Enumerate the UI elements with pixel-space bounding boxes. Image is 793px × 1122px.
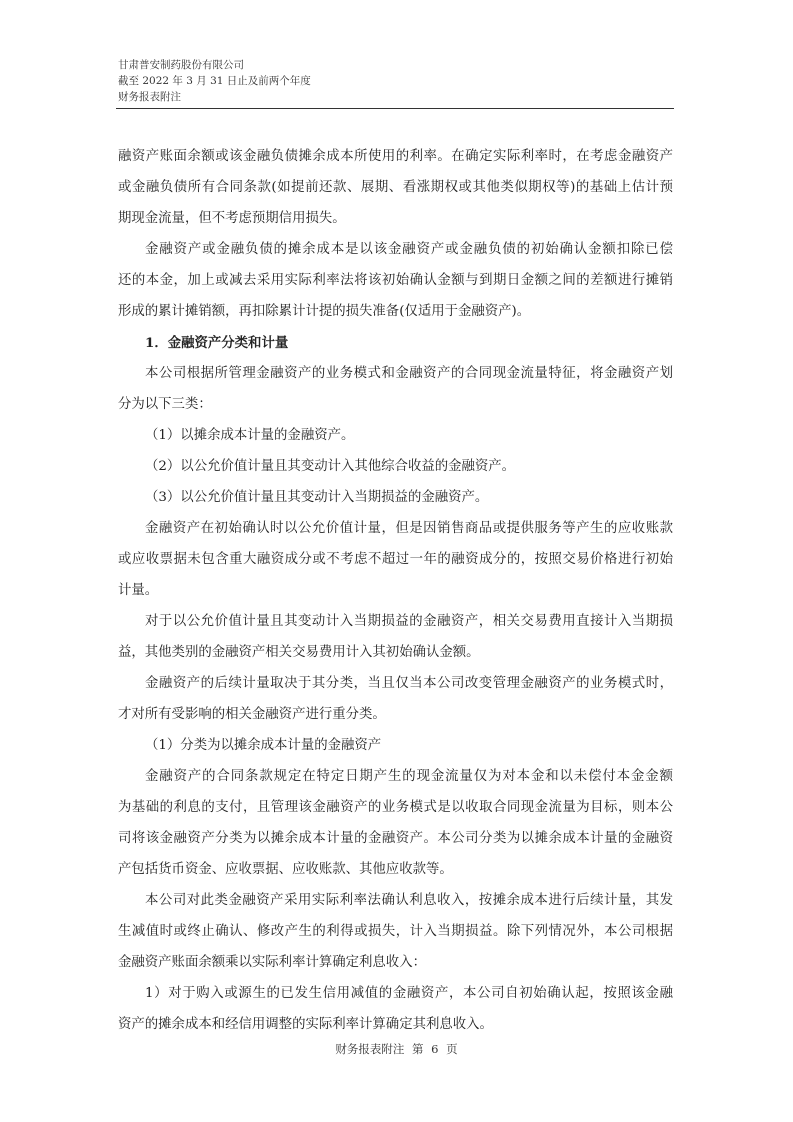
list-item: （1）以摊余成本计量的金融资产。 (145, 426, 673, 446)
text-line: 或应收票据未包含重大融资成分或不考虑不超过一年的融资成分的，按照交易价格进行初始 (118, 550, 673, 570)
text-line: 计量。 (118, 581, 673, 601)
text-line: 益，其他类别的金融资产相关交易费用计入其初始确认金额。 (118, 643, 673, 663)
text-line: 金融资产或金融负债的摊余成本是以该金融资产或金融负债的初始确认金额扣除已偿 (145, 240, 673, 260)
text-line: 资产的摊余成本和经信用调整的实际利率计算确定其利息收入。 (118, 1015, 673, 1035)
text-line: 形成的累计摊销额，再扣除累计计提的损失准备(仅适用于金融资产)。 (118, 302, 673, 322)
page-header: 甘肃普安制药股份有限公司 截至 2022 年 3 月 31 日止及前两个年度 财… (118, 57, 311, 105)
text-line: 金融资产账面余额乘以实际利率计算确定利息收入： (118, 953, 673, 973)
text-line: 或金融负债所有合同条款(如提前还款、展期、看涨期权或其他类似期权等)的基础上估计… (118, 178, 673, 198)
text-line: 产包括货币资金、应收票据、应收账款、其他应收款等。 (118, 860, 673, 880)
text-line: 还的本金，加上或减去采用实际利率法将该初始确认金额与到期日金额之间的差额进行摊销 (118, 271, 673, 291)
subsection-heading: （1）分类为以摊余成本计量的金融资产 (145, 736, 673, 756)
text-line: 期现金流量，但不考虑预期信用损失。 (118, 209, 673, 229)
text-line: 融资产账面余额或该金融负债摊余成本所使用的利率。在确定实际利率时，在考虑金融资产 (118, 147, 673, 167)
text-line: 金融资产的后续计量取决于其分类，当且仅当本公司改变管理金融资产的业务模式时， (145, 674, 673, 694)
page-number: 6 (431, 1042, 438, 1056)
company-name: 甘肃普安制药股份有限公司 (118, 57, 311, 73)
text-line: 本公司对此类金融资产采用实际利率法确认利息收入，按摊余成本进行后续计量，其发 (145, 891, 673, 911)
text-line: 为基础的利息的支付，且管理该金融资产的业务模式是以收取合同现金流量为目标，则本公 (118, 798, 673, 818)
text-line: 分为以下三类： (118, 395, 673, 415)
page-prefix: 第 (412, 1042, 424, 1056)
text-line: 对于以公允价值计量且其变动计入当期损益的金融资产，相关交易费用直接计入当期损 (145, 612, 673, 632)
text-line: 本公司根据所管理金融资产的业务模式和金融资产的合同现金流量特征，将金融资产划 (145, 364, 673, 384)
text-line: 才对所有受影响的相关金融资产进行重分类。 (118, 705, 673, 725)
list-item: （2）以公允价值计量且其变动计入其他综合收益的金融资产。 (145, 457, 673, 477)
report-period: 截至 2022 年 3 月 31 日止及前两个年度 (118, 73, 311, 89)
page-suffix: 页 (446, 1042, 458, 1056)
page-footer: 财务报表附注 第 6 页 (0, 1041, 793, 1057)
footer-title: 财务报表附注 (335, 1042, 404, 1056)
text-line: 司将该金融资产分类为以摊余成本计量的金融资产。本公司分类为以摊余成本计量的金融资 (118, 829, 673, 849)
list-item: （3）以公允价值计量且其变动计入当期损益的金融资产。 (145, 488, 673, 508)
text-line: 生减值时或终止确认、修改产生的利得或损失，计入当期损益。除下列情况外，本公司根据 (118, 922, 673, 942)
header-divider (116, 108, 674, 109)
text-line: 金融资产的合同条款规定在特定日期产生的现金流量仅为对本金和以未偿付本金金额 (145, 767, 673, 787)
text-line: 1）对于购入或源生的已发生信用减值的金融资产，本公司自初始确认起，按照该金融 (145, 984, 673, 1004)
document-title: 财务报表附注 (118, 89, 311, 105)
section-heading: 1．金融资产分类和计量 (145, 333, 673, 353)
text-line: 金融资产在初始确认时以公允价值计量，但是因销售商品或提供服务等产生的应收账款 (145, 519, 673, 539)
